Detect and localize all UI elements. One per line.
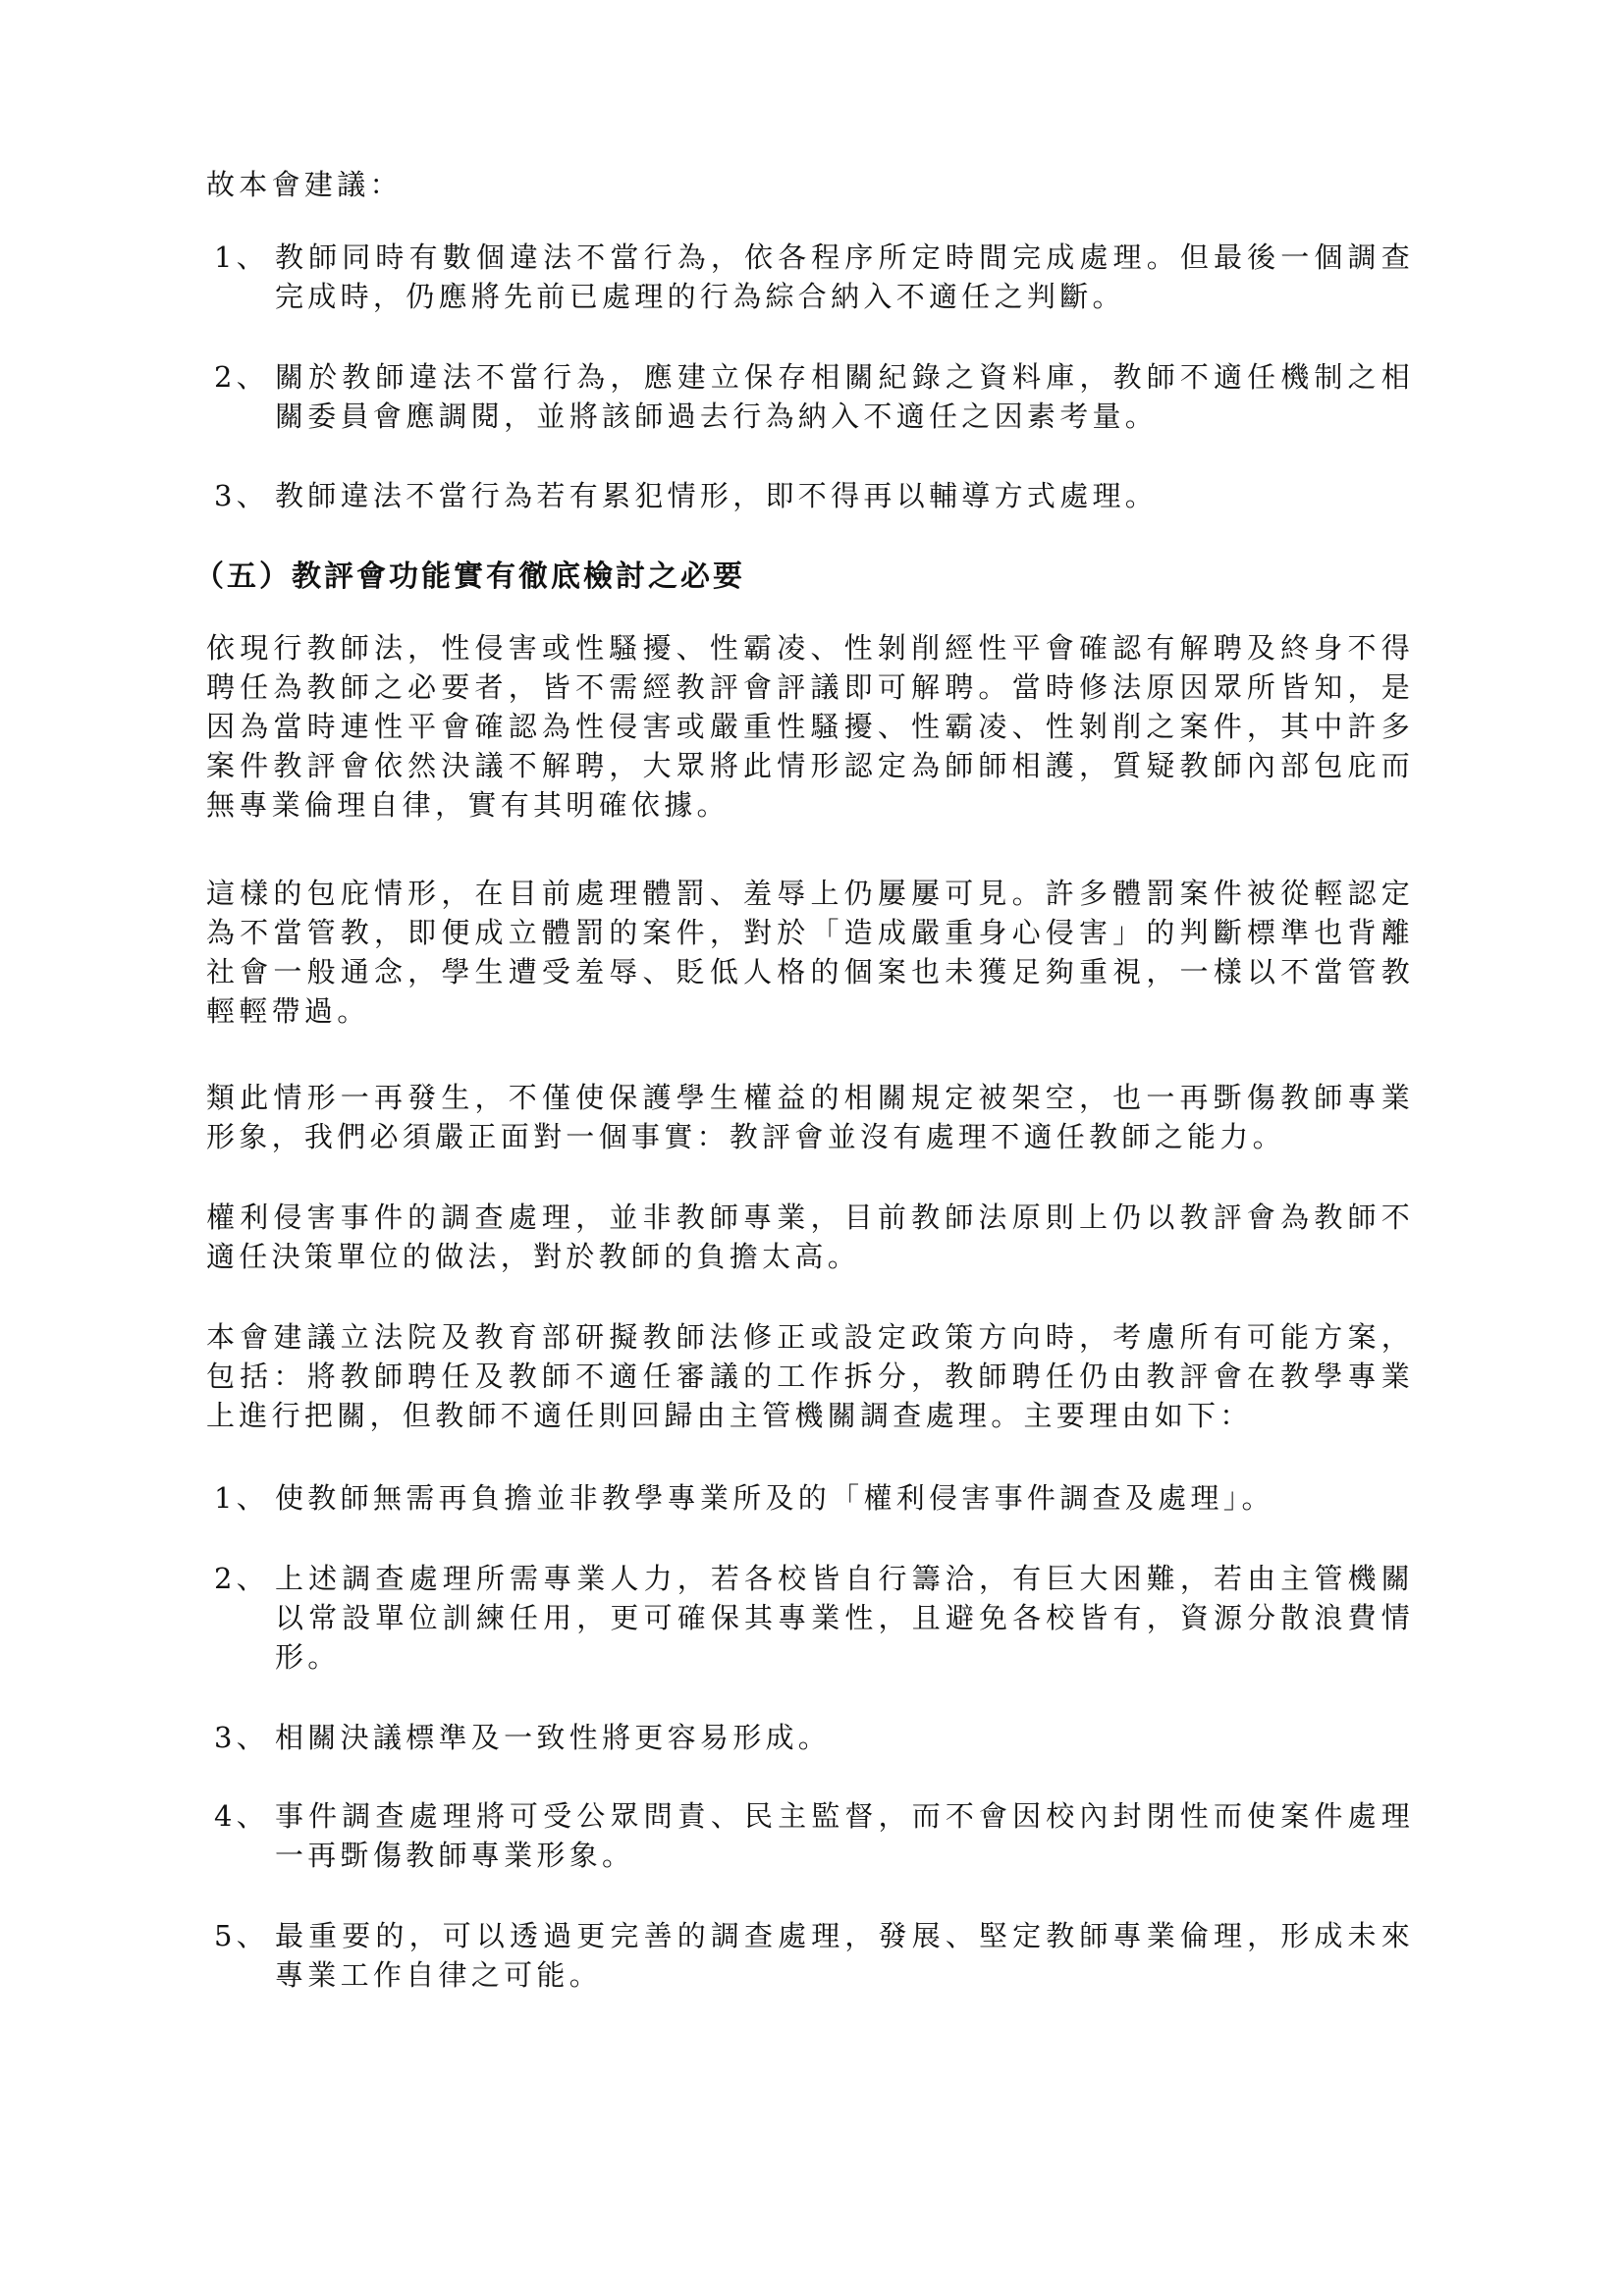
reason-item-1: 1、 使教師無需再負擔並非教學專業所及的「權利侵害事件調查及處理」。: [214, 1478, 1414, 1518]
recommendation-intro: 故本會建議：: [206, 165, 1414, 204]
item-text: 相關決議標準及一致性將更容易形成。: [214, 1718, 1414, 1757]
recommendation-item-2: 2、 關於教師違法不當行為，應建立保存相關紀錄之資料庫，教師不適任機制之相關委員…: [214, 357, 1414, 436]
recommendation-item-3: 3、 教師違法不當行為若有累犯情形，即不得再以輔導方式處理。: [214, 476, 1414, 515]
paragraph-1: 依現行教師法，性侵害或性騷擾、性霸凌、性剝削經性平會確認有解聘及終身不得聘任為教…: [206, 628, 1414, 825]
item-number: 4、: [214, 1796, 273, 1836]
paragraph-3: 類此情形一再發生，不僅使保護學生權益的相關規定被架空，也一再斲傷教師專業形象，我…: [206, 1078, 1414, 1156]
item-text: 使教師無需再負擔並非教學專業所及的「權利侵害事件調查及處理」。: [214, 1478, 1414, 1518]
item-text: 上述調查處理所需專業人力，若各校皆自行籌洽，有巨大困難，若由主管機關以常設單位訓…: [214, 1559, 1414, 1677]
paragraph-5: 本會建議立法院及教育部研擬教師法修正或設定政策方向時，考慮所有可能方案，包括：將…: [206, 1317, 1414, 1435]
section-heading: （五）教評會功能實有徹底檢討之必要: [194, 558, 745, 597]
reason-item-2: 2、 上述調查處理所需專業人力，若各校皆自行籌洽，有巨大困難，若由主管機關以常設…: [214, 1559, 1414, 1677]
item-text: 關於教師違法不當行為，應建立保存相關紀錄之資料庫，教師不適任機制之相關委員會應調…: [214, 357, 1414, 436]
recommendation-item-1: 1、 教師同時有數個違法不當行為，依各程序所定時間完成處理。但最後一個調查完成時…: [214, 238, 1414, 316]
item-number: 1、: [214, 1478, 273, 1518]
item-number: 2、: [214, 357, 273, 397]
item-number: 3、: [214, 1718, 273, 1757]
item-text: 教師同時有數個違法不當行為，依各程序所定時間完成處理。但最後一個調查完成時，仍應…: [214, 238, 1414, 316]
paragraph-4: 權利侵害事件的調查處理，並非教師專業，目前教師法原則上仍以教評會為教師不適任決策…: [206, 1198, 1414, 1276]
item-number: 5、: [214, 1916, 273, 1955]
item-number: 3、: [214, 476, 273, 515]
reason-item-5: 5、 最重要的，可以透過更完善的調查處理，發展、堅定教師專業倫理，形成未來專業工…: [214, 1916, 1414, 1995]
reason-item-3: 3、 相關決議標準及一致性將更容易形成。: [214, 1718, 1414, 1757]
item-number: 2、: [214, 1559, 273, 1598]
document-page: 故本會建議： 1、 教師同時有數個違法不當行為，依各程序所定時間完成處理。但最後…: [0, 0, 1624, 2296]
item-text: 最重要的，可以透過更完善的調查處理，發展、堅定教師專業倫理，形成未來專業工作自律…: [214, 1916, 1414, 1995]
item-number: 1、: [214, 238, 273, 277]
reason-item-4: 4、 事件調查處理將可受公眾問責、民主監督，而不會因校內封閉性而使案件處理一再斲…: [214, 1796, 1414, 1875]
item-text: 教師違法不當行為若有累犯情形，即不得再以輔導方式處理。: [214, 476, 1414, 515]
paragraph-2: 這樣的包庇情形，在目前處理體罰、羞辱上仍屢屢可見。許多體罰案件被從輕認定為不當管…: [206, 874, 1414, 1031]
item-text: 事件調查處理將可受公眾問責、民主監督，而不會因校內封閉性而使案件處理一再斲傷教師…: [214, 1796, 1414, 1875]
